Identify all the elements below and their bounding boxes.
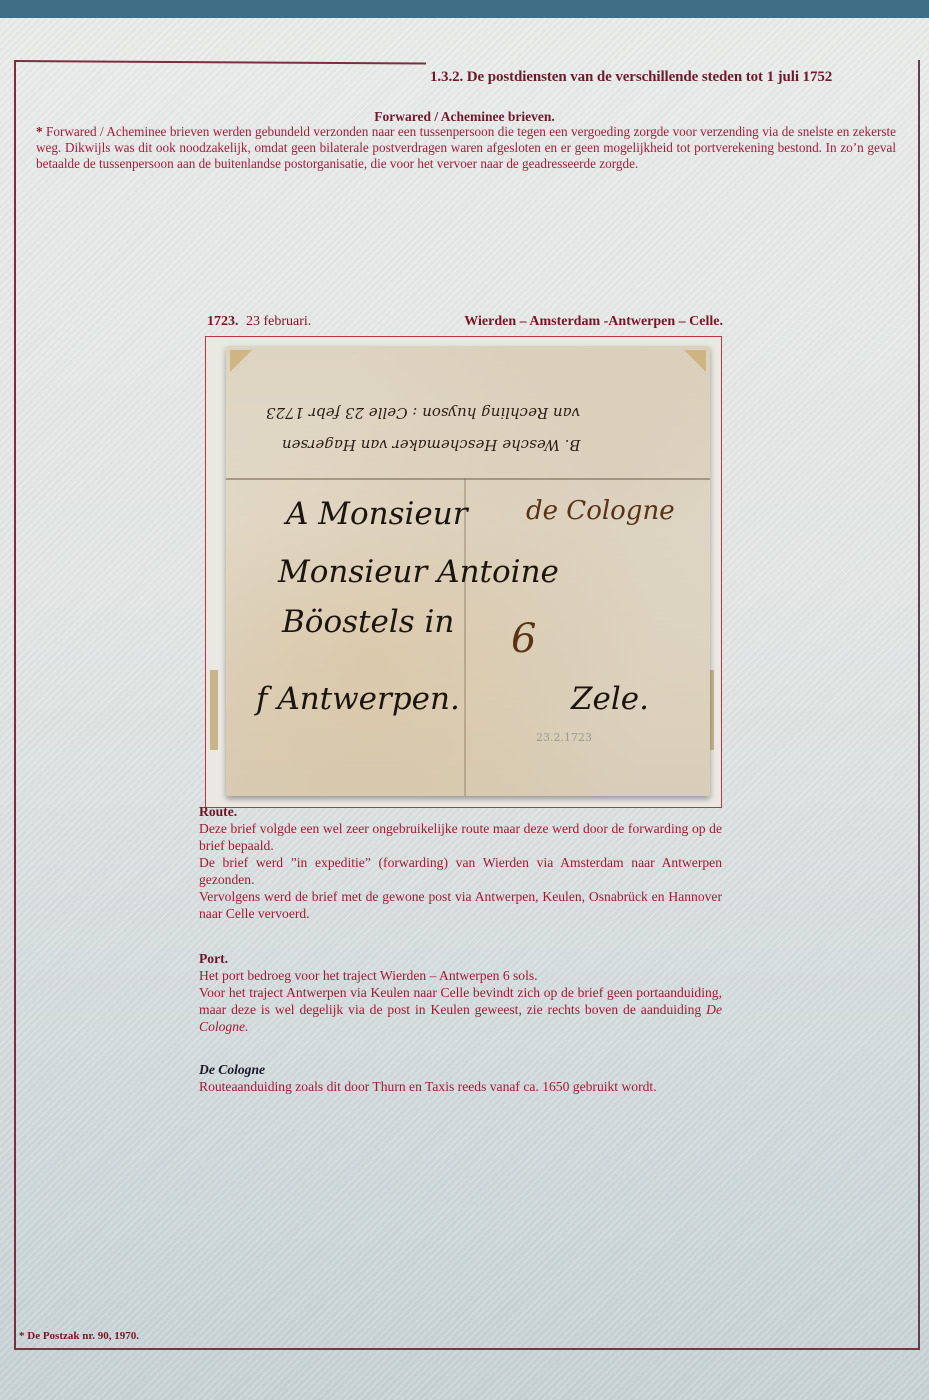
photo-corner-left [230,350,252,372]
section-paragraph: Het port bedroeg voor het traject Wierde… [199,967,722,984]
destination-line: Zele. [571,681,649,717]
section-route: Route. Deze brief volgde een wel zeer on… [199,803,722,922]
letter-fold-horizontal [226,478,710,480]
address-line-3: Böostels in [282,604,454,640]
route-mark-de-cologne: de Cologne [526,496,675,526]
item-route: Wierden – Amsterdam -Antwerpen – Celle. [464,314,723,330]
section-port: Port. Het port bedroeg voor het traject … [199,950,722,1035]
section-title: De Cologne [199,1061,722,1078]
item-year: 1723. [207,314,239,329]
section-paragraph: Voor het traject Antwerpen via Keulen na… [199,984,722,1035]
rate-mark: 6 [511,616,536,662]
footnote: * De Postzak nr. 90, 1970. [19,1330,139,1342]
photo-corner-right [684,350,706,372]
intro-paragraph: * Forwared / Acheminee brieven werden ge… [36,124,896,172]
section-paragraph: De brief werd ”in expeditie” (forwarding… [199,854,722,888]
section-paragraph: Deze brief volgde een wel zeer ongebruik… [199,820,722,854]
page-subheading: Forwared / Acheminee brieven. [0,109,929,125]
pencil-note: 23.2.1723 [536,731,592,744]
docket-line-2: B. Wesche Heschemaker van Hagersen [282,436,580,454]
item-caption: 1723. 23 februari. Wierden – Amsterdam -… [207,314,723,334]
section-title: Route. [199,803,722,820]
section-heading: 1.3.2. De postdiensten van de verschille… [430,69,832,86]
intro-text: Forwared / Acheminee brieven werden gebu… [36,124,896,171]
address-line-1: A Monsieur [286,496,468,532]
section-paragraph: Routeaanduiding zoals dit door Thurn en … [199,1078,722,1095]
letter-image: van Rechling huyson : Celle 23 febr 1723… [226,346,710,796]
footnote-marker: * [36,124,43,139]
album-page: 1.3.2. De postdiensten van de verschille… [0,18,929,1400]
forwarding-line: f Antwerpen. [256,681,460,717]
mount-tab-left [210,670,218,750]
section-de-cologne: De Cologne Routeaanduiding zoals dit doo… [199,1061,722,1095]
item-date: 23 februari. [246,314,311,329]
section-title: Port. [199,950,722,967]
docket-line-1: van Rechling huyson : Celle 23 febr 1723 [266,404,580,422]
section-text: Voor het traject Antwerpen via Keulen na… [199,985,722,1017]
address-line-2: Monsieur Antoine [278,554,559,590]
section-paragraph: Vervolgens werd de brief met de gewone p… [199,888,722,922]
